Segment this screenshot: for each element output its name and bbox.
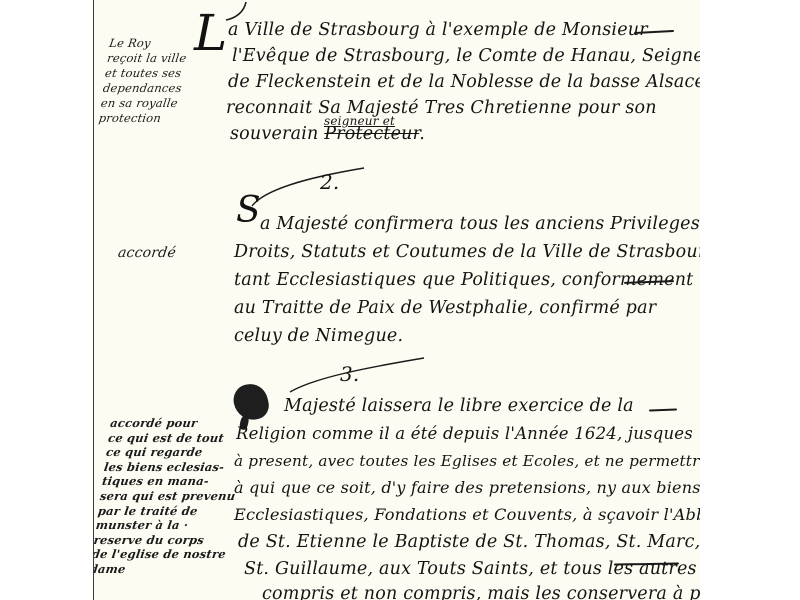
margin-note-line: reçoit la ville: [106, 51, 187, 66]
article-1-line-5: souverain Protecteur.: [230, 120, 425, 148]
margin-note-line: dame: [93, 562, 226, 577]
article-3-line-6: de St. Etienne le Baptiste de St. Thomas…: [238, 528, 700, 556]
article-3-line-7: St. Guillaume, aux Touts Saints, et tous…: [244, 555, 697, 583]
margin-note-line: sera qui est prevenu: [99, 489, 236, 504]
article-1-line-1: a Ville de Strasbourg à l'exemple de Mon…: [228, 16, 648, 44]
margin-note-line: en sa royalle: [100, 96, 181, 111]
article-1-line-3: de Fleckenstein et de la Noblesse de la …: [228, 68, 700, 96]
margin-note-line: ce qui est de tout: [107, 431, 244, 446]
margin-note-article-1: Le Roy reçoit la ville et toutes ses dep…: [98, 36, 190, 126]
article-2-number: 2.: [320, 170, 339, 194]
article-3-line-8: compris et non compris, mais les conserv…: [262, 580, 700, 600]
article-3-line-3: à present, avec toutes les Eglises et Ec…: [234, 447, 700, 475]
margin-note-line: et toutes ses: [104, 66, 185, 81]
article-3-line-2: Religion comme il a été depuis l'Année 1…: [236, 420, 693, 448]
article-1-line-4: reconnait Sa Majesté Tres Chretienne pou…: [226, 94, 657, 122]
margin-note-line: dependances: [102, 81, 183, 96]
margin-note-line: protection: [98, 111, 179, 126]
margin-note-line: munster à la ·: [95, 518, 232, 533]
article-2-number-flourish-icon: [244, 160, 374, 210]
margin-note-line: accordé pour: [109, 416, 246, 431]
article-2-line-5: celuy de Nimegue.: [234, 322, 403, 350]
margin-note-line: de l'eglise de nostre: [93, 547, 228, 562]
article-1-line-5-text: souverain: [230, 124, 319, 144]
document-viewer: Le Roy reçoit la ville et toutes ses dep…: [0, 0, 800, 600]
margin-note-line: tiques en mana-: [101, 474, 238, 489]
article-2-line-3: tant Ecclesiastiques que Politiques, con…: [234, 266, 693, 294]
article-3-line-4: à qui que ce soit, d'y faire des pretens…: [234, 474, 700, 502]
margin-note-article-2: accordé: [117, 246, 177, 261]
margin-note-line: par le traité de: [97, 504, 234, 519]
margin-note-line: ce qui regarde: [105, 445, 242, 460]
article-2-line-1: a Majesté confirmera tous les anciens Pr…: [260, 210, 700, 238]
article-1-line-2: l'Evêque de Strasbourg, le Comte de Hana…: [232, 42, 700, 70]
article-1-initial: L: [194, 4, 227, 62]
struck-word: Protecteur: [324, 124, 419, 144]
margin-note-article-3: accordé pour ce qui est de tout ce qui r…: [93, 416, 247, 577]
line-filler-stroke: [649, 409, 677, 412]
article-3-number: 3.: [340, 362, 359, 386]
margin-note-line: reserve du corps: [93, 533, 230, 548]
article-2-initial: S: [236, 190, 261, 231]
article-2-line-4: au Traitte de Paix de Westphalie, confir…: [234, 294, 656, 322]
margin-note-line: Le Roy: [108, 36, 189, 51]
article-2-line-2: Droits, Statuts et Coutumes de la Ville …: [234, 238, 700, 266]
full-stop: .: [419, 124, 425, 144]
margin-note-line: les biens eclesias-: [103, 460, 240, 475]
article-3-line-1: Majesté laissera le libre exercice de la: [284, 392, 634, 420]
article-3-line-5: Ecclesiastiques, Fondations et Couvents,…: [234, 501, 700, 529]
manuscript-page: Le Roy reçoit la ville et toutes ses dep…: [93, 0, 700, 600]
